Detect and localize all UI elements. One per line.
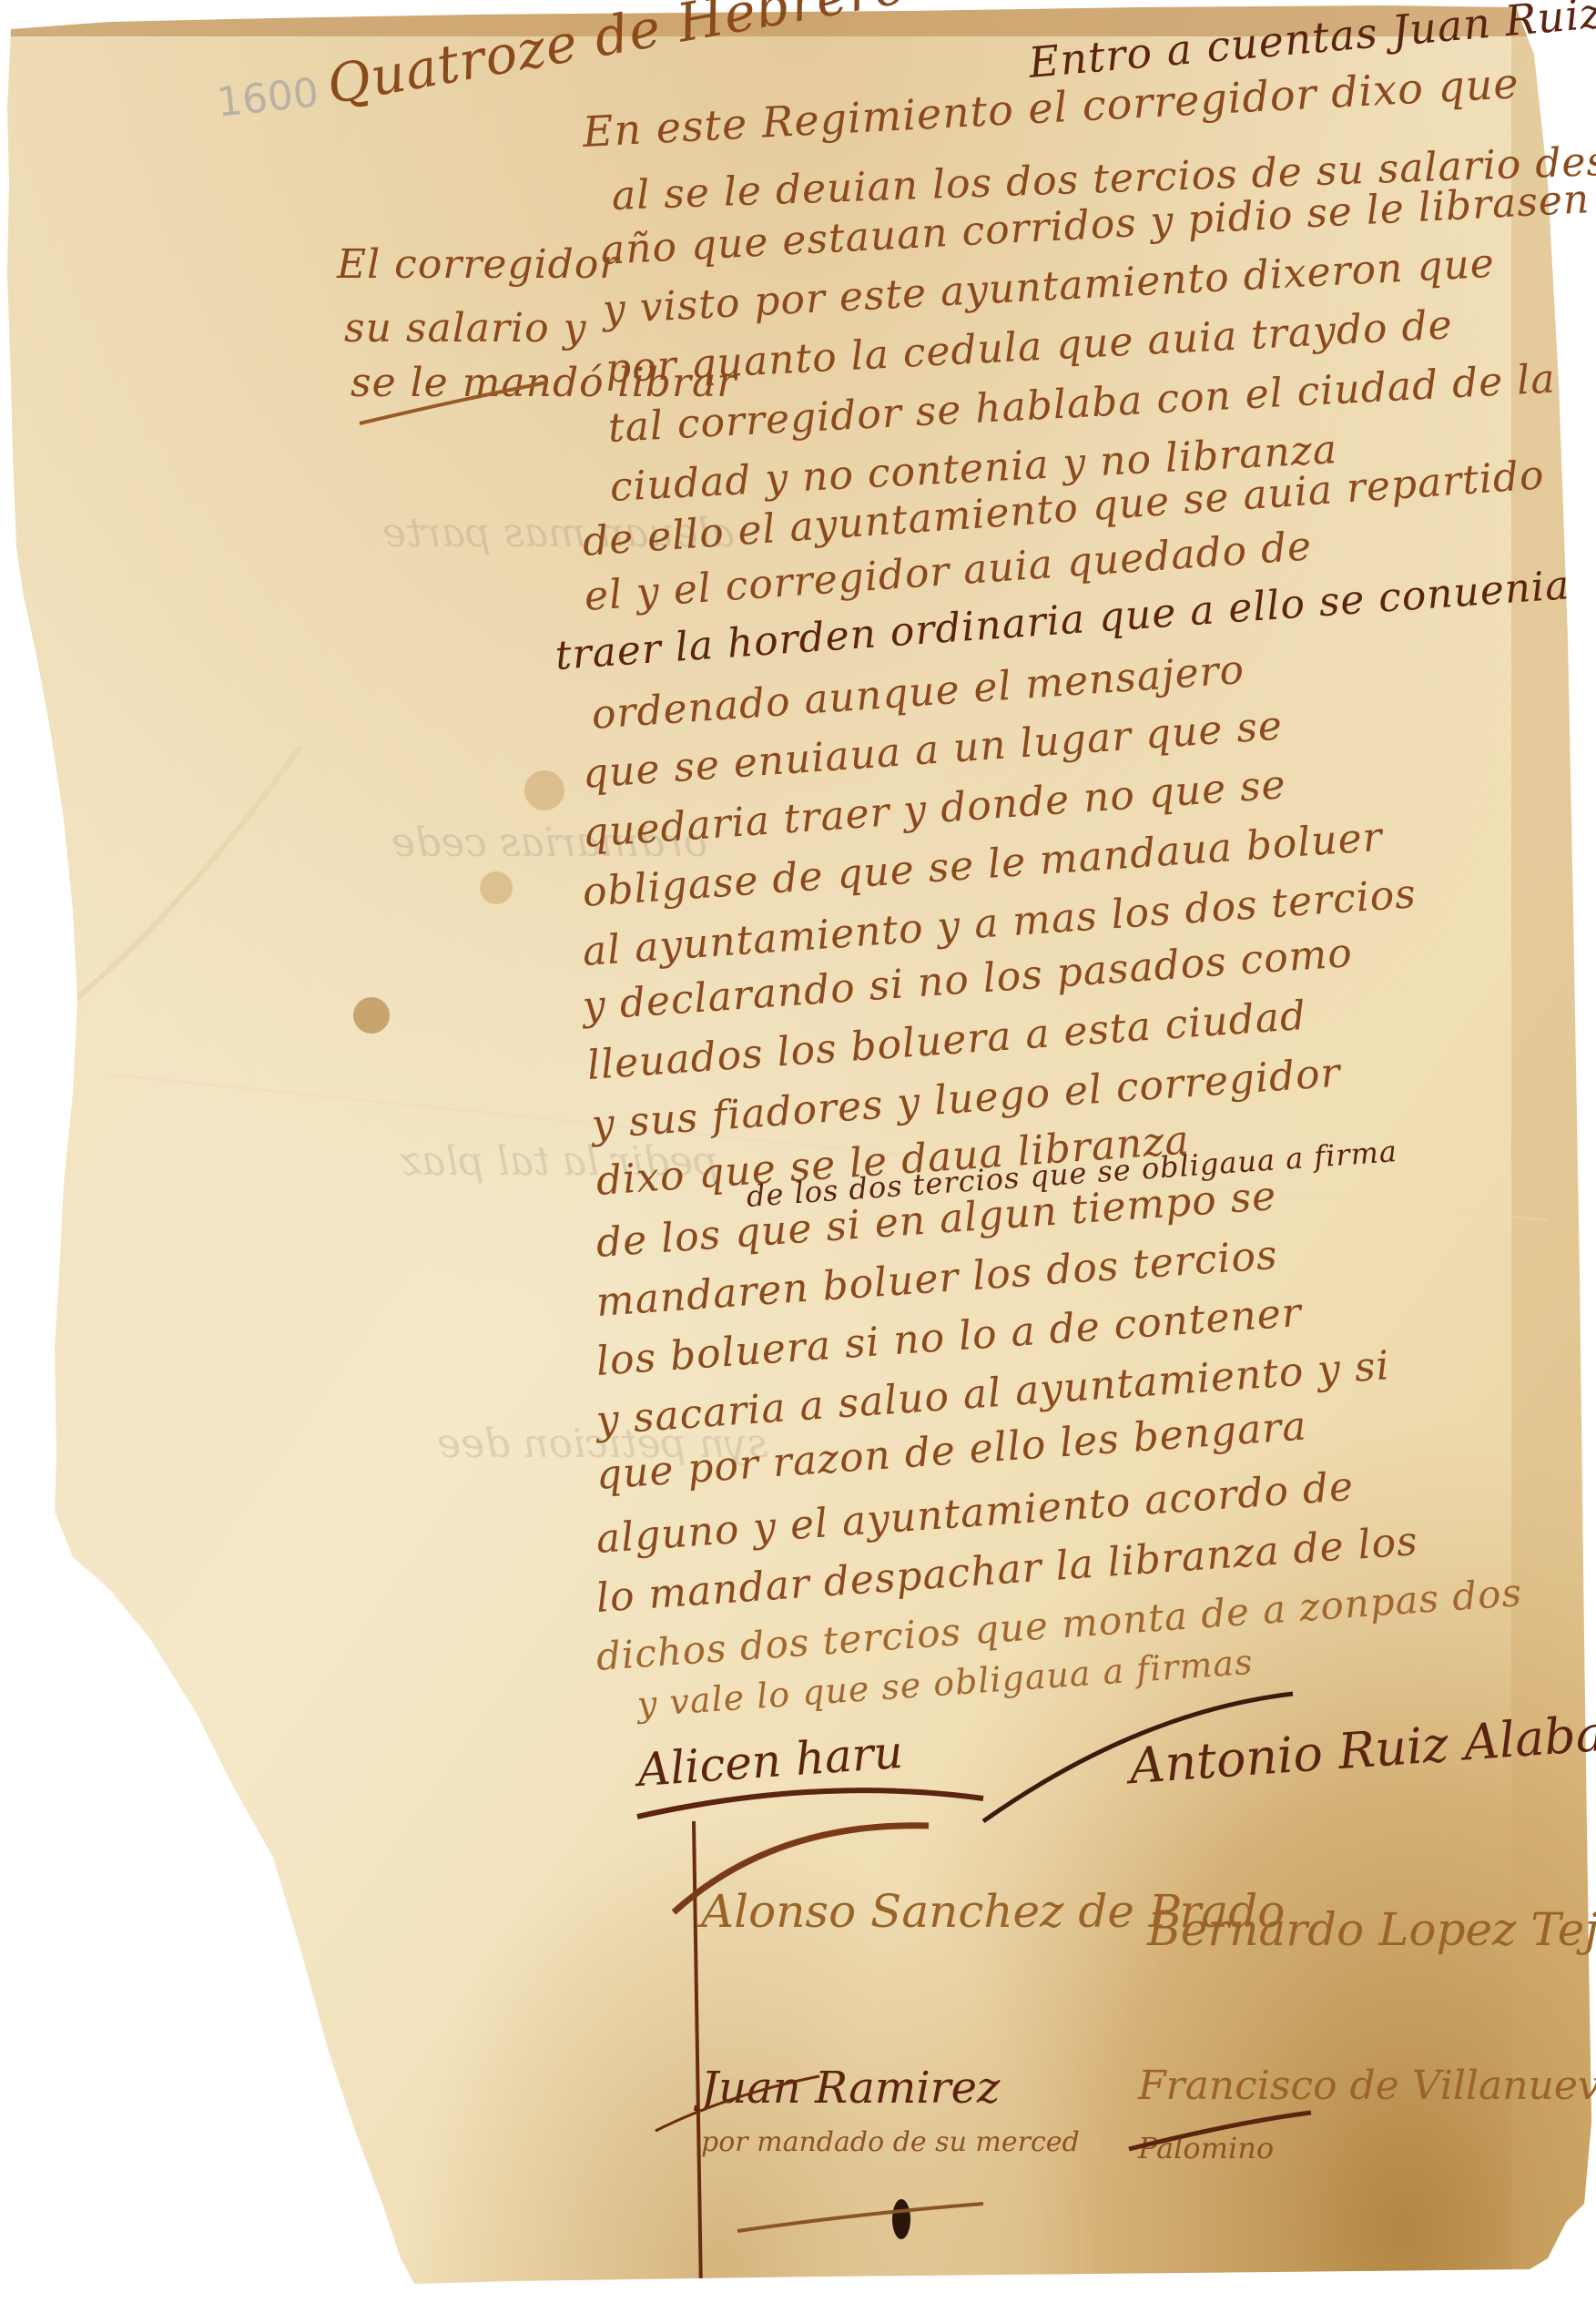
ink-layer: 1600 aleuan mas parte ordinarias cede pe… [0, 0, 1596, 2323]
manuscript-sheet: 1600 aleuan mas parte ordinarias cede pe… [0, 0, 1596, 2323]
signature-flourishes [0, 0, 1596, 2323]
